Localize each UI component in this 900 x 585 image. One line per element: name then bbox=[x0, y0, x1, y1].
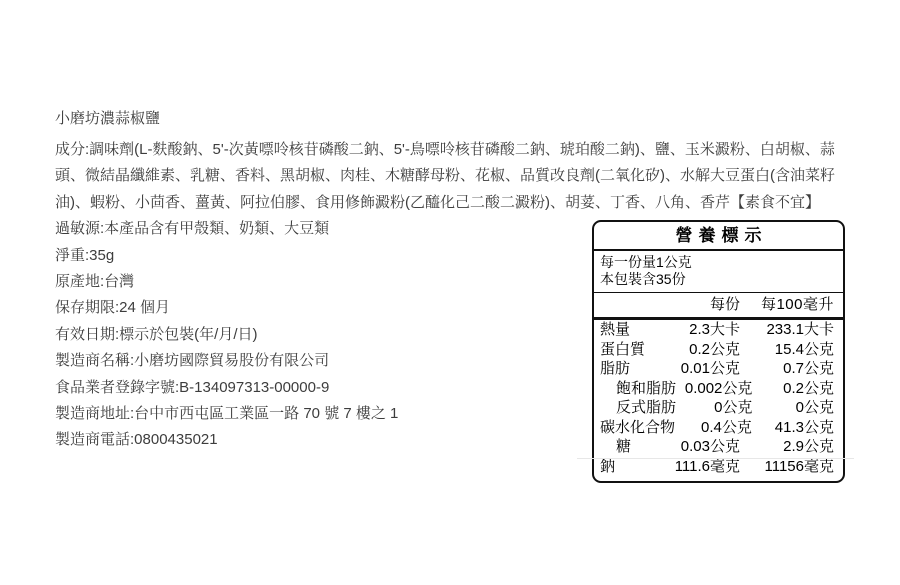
per-100ml-value: 0.7公克 bbox=[740, 359, 834, 379]
nutrition-row-sugar: 糖 0.03公克 2.9公克 bbox=[594, 437, 843, 457]
nutrition-facts-table: 營養標示 每一份量1公克 本包裝含35份 每份 每100毫升 熱量 2.3大卡 … bbox=[592, 220, 845, 483]
nutrient-label: 碳水化合物 bbox=[600, 418, 675, 438]
per-serving-value: 0.2公克 bbox=[652, 340, 740, 360]
section-divider bbox=[577, 458, 854, 459]
per-100ml-header: 每100毫升 bbox=[740, 295, 834, 314]
nutrient-label: 蛋白質 bbox=[600, 340, 652, 360]
ingredients-line: 成分:調味劑(L-麩酸鈉、5'-次黃嘌呤核苷磷酸二鈉、5'-鳥嘌呤核苷磷酸二鈉、… bbox=[55, 137, 850, 216]
nutrient-label: 飽和脂肪 bbox=[600, 379, 676, 399]
per-100ml-value: 0.2公克 bbox=[752, 379, 834, 399]
per-serving-value: 0.03公克 bbox=[652, 437, 740, 457]
per-100ml-value: 41.3公克 bbox=[752, 418, 834, 438]
nutrition-column-headers: 每份 每100毫升 bbox=[594, 293, 843, 320]
per-100ml-value: 233.1大卡 bbox=[740, 320, 834, 340]
serving-info: 每一份量1公克 本包裝含35份 bbox=[594, 251, 843, 293]
per-100ml-value: 2.9公克 bbox=[740, 437, 834, 457]
nutrition-table-title: 營養標示 bbox=[594, 222, 843, 251]
nutrient-label: 糖 bbox=[600, 437, 652, 457]
nutrition-row-trans-fat: 反式脂肪 0公克 0公克 bbox=[594, 398, 843, 418]
nutrient-label: 脂肪 bbox=[600, 359, 652, 379]
per-100ml-value: 11156毫克 bbox=[740, 457, 834, 477]
nutrient-label: 熱量 bbox=[600, 320, 652, 340]
serving-size: 每一份量1公克 bbox=[600, 254, 837, 271]
nutrition-row-sodium: 鈉 111.6毫克 11156毫克 bbox=[594, 457, 843, 482]
product-title: 小磨坊濃蒜椒鹽 bbox=[55, 107, 850, 131]
nutrition-row-fat: 脂肪 0.01公克 0.7公克 bbox=[594, 359, 843, 379]
nutrition-row-protein: 蛋白質 0.2公克 15.4公克 bbox=[594, 340, 843, 360]
per-serving-header: 每份 bbox=[652, 295, 740, 314]
nutrient-label: 反式脂肪 bbox=[600, 398, 676, 418]
nutrition-row-calories: 熱量 2.3大卡 233.1大卡 bbox=[594, 320, 843, 340]
per-100ml-value: 15.4公克 bbox=[740, 340, 834, 360]
servings-per-pack: 本包裝含35份 bbox=[600, 271, 837, 288]
per-serving-value: 2.3大卡 bbox=[652, 320, 740, 340]
per-serving-value: 0.002公克 bbox=[676, 379, 752, 399]
per-serving-value: 0.01公克 bbox=[652, 359, 740, 379]
column-header-spacer bbox=[600, 295, 652, 314]
nutrient-label: 鈉 bbox=[600, 457, 652, 477]
nutrition-row-saturated-fat: 飽和脂肪 0.002公克 0.2公克 bbox=[594, 379, 843, 399]
per-serving-value: 0公克 bbox=[676, 398, 752, 418]
per-serving-value: 0.4公克 bbox=[675, 418, 752, 438]
product-detail-page: 小磨坊濃蒜椒鹽 成分:調味劑(L-麩酸鈉、5'-次黃嘌呤核苷磷酸二鈉、5'-鳥嘌… bbox=[0, 0, 900, 585]
nutrition-row-carbohydrate: 碳水化合物 0.4公克 41.3公克 bbox=[594, 418, 843, 438]
per-serving-value: 111.6毫克 bbox=[652, 457, 740, 477]
per-100ml-value: 0公克 bbox=[752, 398, 834, 418]
